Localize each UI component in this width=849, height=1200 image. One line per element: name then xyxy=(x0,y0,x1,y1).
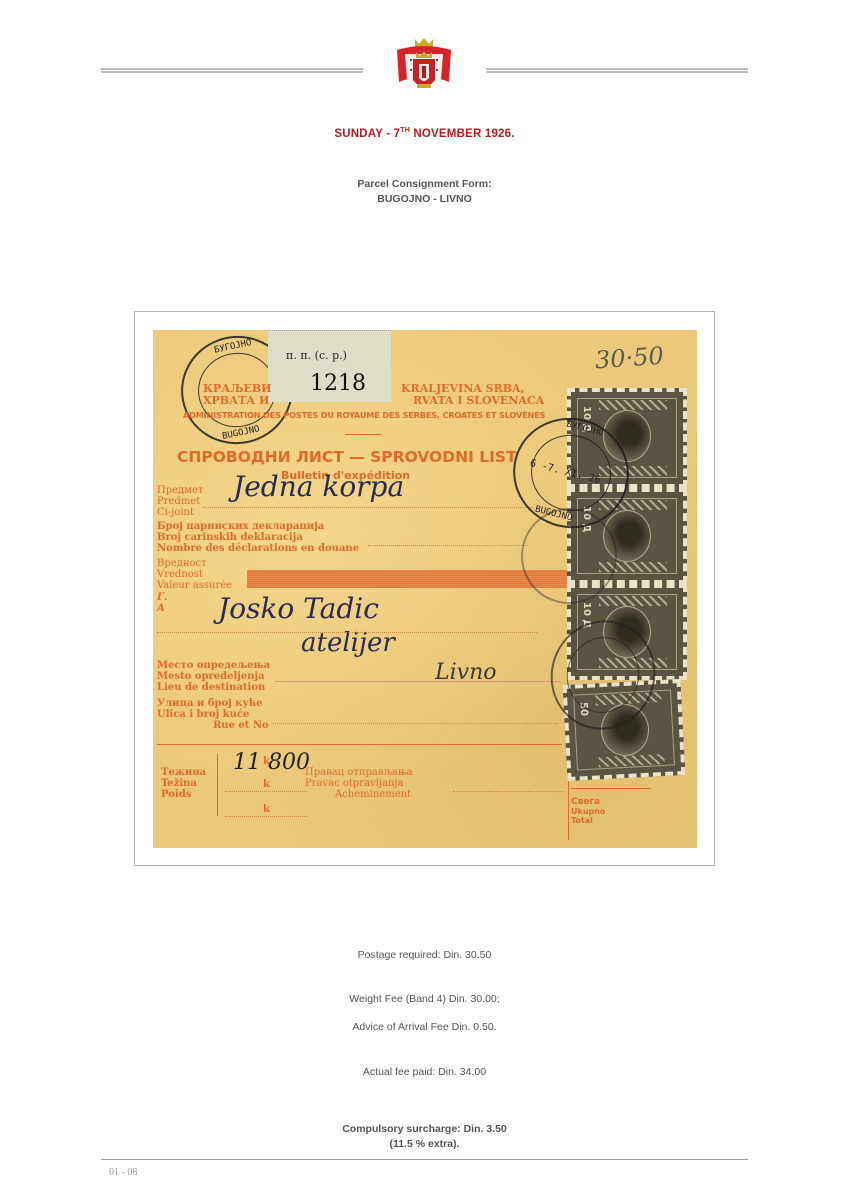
header-latin-2: RVATA I SLOVENACA xyxy=(413,394,544,407)
street-labels: Улица и број кућеUlica i broj kućeRue et… xyxy=(157,698,269,731)
route-labels: Правац отправљањаPravac otpravljanjaAche… xyxy=(305,767,412,800)
destination-labels: Место опредељењаMesto opredeljenjaLieu d… xyxy=(157,660,270,693)
page-subtitle: Parcel Consignment Form: xyxy=(0,178,849,190)
header-rule-left xyxy=(101,68,363,73)
weight-fee-note: Weight Fee (Band 4) Din. 30.00; xyxy=(0,993,849,1005)
weight-labels: ТежинаTežinaPoids xyxy=(161,767,206,800)
handwritten-recipient: Josko Tadic xyxy=(218,592,379,625)
header-cyrillic-2: ХРВАТА И xyxy=(203,394,269,407)
total-labels: СвегаUkupnoTotal xyxy=(571,798,605,825)
parcel-consignment-form: БУГОЈНО BUGOJNO п. п. (с. р.) 1218 30·50… xyxy=(153,330,697,848)
registration-prefix: п. п. (с. р.) xyxy=(286,349,347,362)
form-title: СПРОВОДНИ ЛИСТ — SPROVODNI LIST xyxy=(177,448,517,466)
weight-unit-1: k xyxy=(263,756,270,767)
recipient-labels: Г.A xyxy=(157,592,167,614)
header-rule-right xyxy=(486,68,748,73)
surcharge-percent-note: (11.5 % extra). xyxy=(0,1138,849,1150)
postage-required-note: Postage required: Din. 30.50 xyxy=(0,949,849,961)
page-number: 01 - 08 xyxy=(109,1167,137,1178)
handwritten-amount: 30·50 xyxy=(594,342,665,375)
advice-fee-note: Advice of Arrival Fee Din. 0.50. xyxy=(0,1021,849,1033)
item-labels: ПредметPredmetCi-joint xyxy=(157,485,203,518)
registration-number: 1218 xyxy=(310,371,366,396)
value-striped-bar xyxy=(247,570,567,588)
surcharge-note: Compulsory surcharge: Din. 3.50 xyxy=(0,1123,849,1135)
value-labels: ВредностVrednostValeur assurée xyxy=(157,558,232,591)
page-route: BUGOJNO - LIVNO xyxy=(0,193,849,205)
customs-labels: Број царинских декларацијаBroj carinskih… xyxy=(157,521,359,554)
weight-unit-3: k xyxy=(263,804,270,815)
footer-rule xyxy=(101,1159,748,1160)
royal-coat-of-arms-icon xyxy=(393,36,455,100)
weight-unit-2: k xyxy=(263,779,270,790)
handwritten-weight: 11 800 xyxy=(233,750,310,775)
postmark-faint xyxy=(521,508,617,604)
registration-label: п. п. (с. р.) 1218 xyxy=(268,330,391,402)
handwritten-item: Jedna korpa xyxy=(233,470,404,503)
page-date-title: SUNDAY - 7TH NOVEMBER 1926. xyxy=(0,127,849,140)
actual-fee-note: Actual fee paid: Din. 34.00 xyxy=(0,1066,849,1078)
header-french: ADMINISTRATION DES POSTES DU ROYAUME DES… xyxy=(183,410,545,420)
handwritten-destination: Livno xyxy=(435,660,497,685)
